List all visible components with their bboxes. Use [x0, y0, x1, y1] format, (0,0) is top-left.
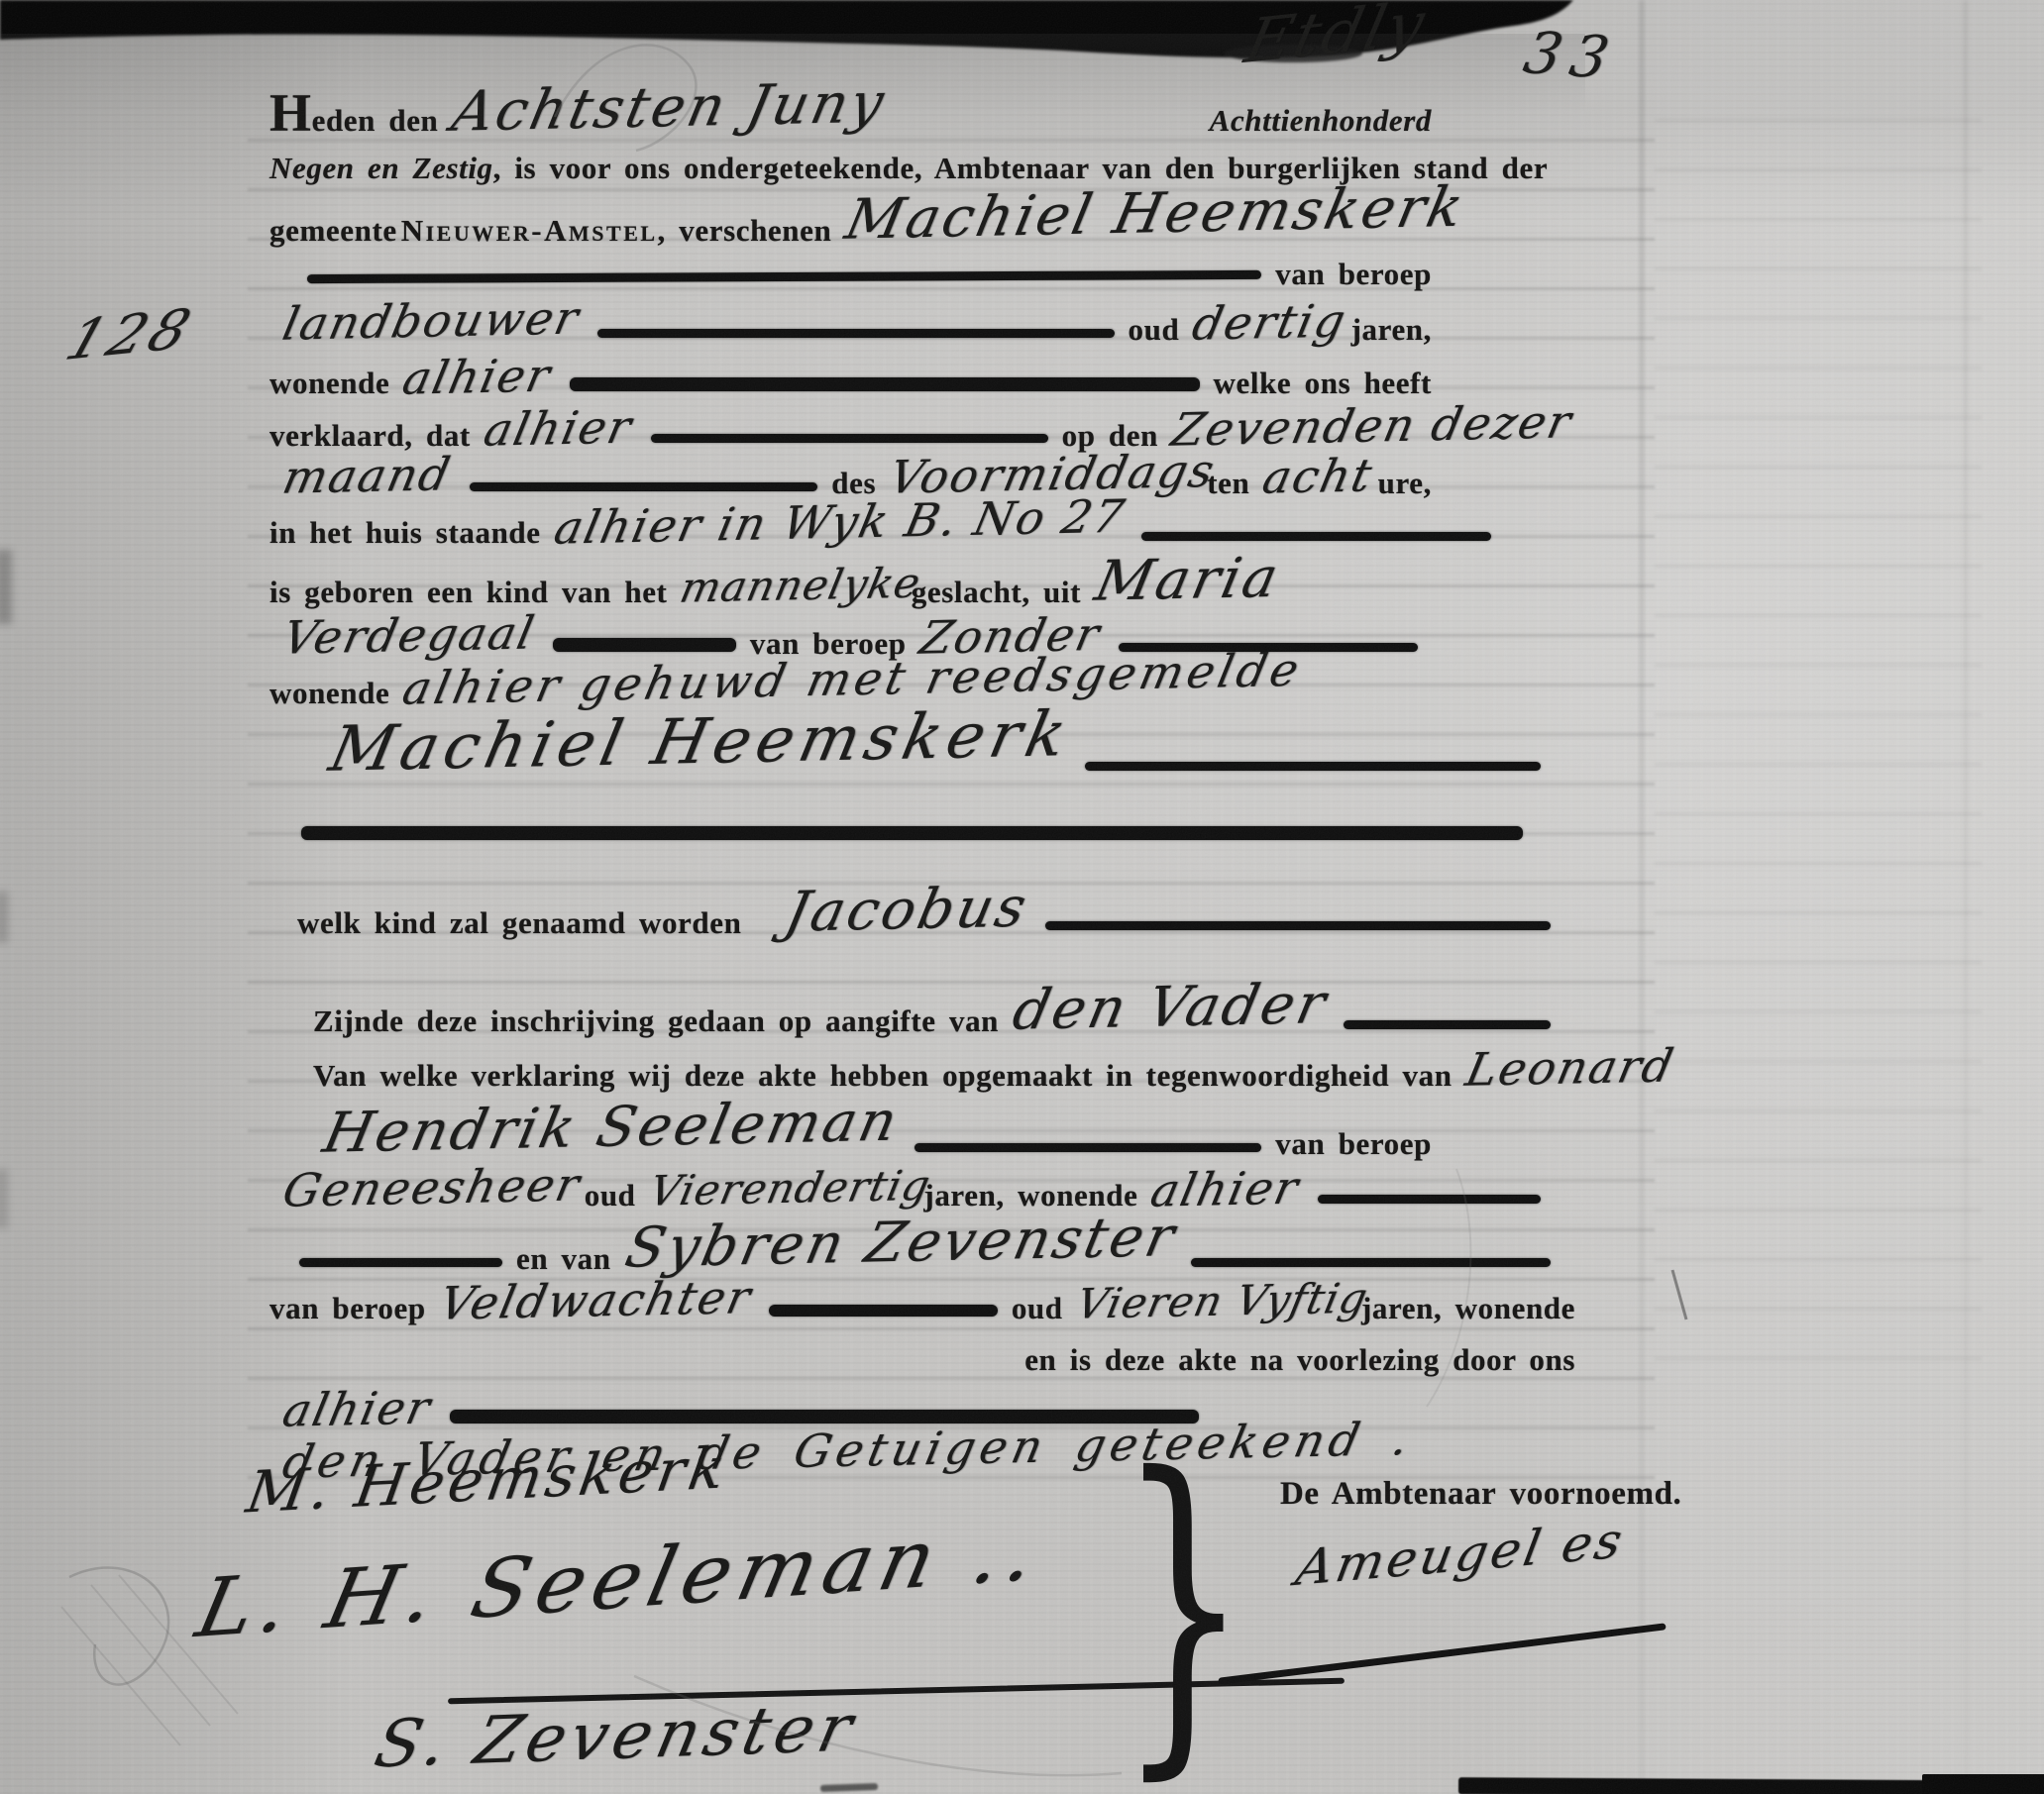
edge-smudge [0, 892, 8, 943]
form-line-van-beroep: van beroep [269, 259, 1432, 290]
printed-geslacht-uit: geslacht, uit [912, 577, 1081, 608]
filled-blank-rule [553, 638, 736, 652]
entry-maand: maand [269, 453, 465, 498]
printed-jaren-wonende-witness2: jaren, wonende [1361, 1293, 1575, 1324]
form-line-declaration-place-day: verklaard, dat alhier op den Zevenden de… [269, 409, 1432, 451]
entry-year-words: Negen en Zestig [269, 153, 493, 184]
archivist-initials: Etdly [1231, 0, 1442, 70]
page-number: 33 [1510, 26, 1633, 86]
signature-witness1: L. H. Seeleman .. [188, 1505, 1050, 1656]
printed-ure: ure, [1378, 468, 1432, 499]
filled-blank-rule [1085, 762, 1541, 771]
entry-declarant-age: dertig [1179, 300, 1360, 346]
printed-oud: oud [1129, 314, 1180, 346]
printed-wonende: wonende [269, 368, 389, 399]
form-line-witness-intro: Van welke verklaring wij deze akte hebbe… [269, 1049, 1432, 1091]
filled-blank-rule [1191, 1258, 1551, 1267]
section-divider-rule [301, 826, 1523, 840]
form-line-residence: wonende alhier welke ons heeft [269, 358, 1432, 399]
entry-mother-last-name: Verdegaal [269, 612, 549, 660]
filled-blank-rule [470, 482, 818, 491]
printed-oud-witness1: oud [585, 1180, 636, 1212]
form-line-spouse-name: Machiel Heemskerk [269, 721, 1432, 779]
entry-birth-place: alhier [471, 405, 646, 451]
scanned-birth-certificate: Etdly 33 128 Heden den Achtsten Juny Ach… [0, 0, 2044, 1794]
printed-welke-ons-heeft: welke ons heeft [1214, 368, 1432, 399]
filled-blank-rule [1318, 1195, 1541, 1204]
entry-declarant-occupation: landbouwer [269, 297, 593, 346]
printed-verschenen: , verschenen [658, 215, 832, 247]
entry-declarant-name: Machiel Heemskerk [831, 182, 1479, 247]
form-line-witness1-name: Hendrik Seeleman van beroep [269, 1108, 1432, 1160]
signature-witness2: S. Zevenster [369, 1690, 864, 1783]
form-line-child-gender-mother: is geboren een kind van het mannelyke ge… [269, 557, 1432, 608]
printed-jaren: jaren, [1351, 314, 1432, 346]
filled-blank-rule [1141, 532, 1491, 541]
form-line-house-address: in het huis staande alhier in Wyk B. No … [269, 507, 1432, 549]
filled-blank-rule [1344, 1020, 1551, 1029]
certificate-body: Heden den Achtsten Juny Achttienhonderd … [269, 87, 1432, 1483]
printed-in-het-huis: in het huis staande [269, 517, 541, 549]
entry-date-day-month: Achtsten Juny [438, 78, 901, 139]
form-line-child-name: welk kind zal genaamd worden Jacobus [269, 888, 1432, 939]
signature-official-flourish [1218, 1623, 1666, 1684]
printed-welk-kind: welk kind zal genaamd worden [297, 907, 741, 939]
entry-witness1-age: Vierendertig [636, 1167, 943, 1212]
filled-blank-rule [307, 270, 1261, 283]
filled-blank-rule [597, 329, 1115, 338]
form-divider [269, 826, 1432, 848]
printed-heden-den: Heden den [269, 92, 438, 137]
entry-declarant-residence: alhier [389, 354, 565, 399]
printed-gemeente: gemeente [269, 215, 397, 247]
filled-blank-rule [651, 434, 1048, 443]
form-line-occupation-age: landbouwer oud dertig jaren, [269, 303, 1432, 345]
entry-witness2-name: Sybren Zevenster [611, 1212, 1191, 1274]
form-line-witness2-name: en van Sybren Zevenster [269, 1223, 1432, 1275]
entry-witness2-residence: alhier [269, 1386, 445, 1431]
entry-witness1-name: Hendrik Seeleman [309, 1097, 914, 1160]
curly-brace: } [1118, 1434, 1249, 1780]
edge-smudge [0, 550, 12, 624]
printed-en-van: en van [516, 1243, 611, 1275]
entry-mother-first-name: Maria [1081, 553, 1295, 608]
scan-top-edge-artifact [0, 0, 2044, 89]
form-line-witness2-details: van beroep Veldwachter oud Vieren Vyftig… [269, 1283, 1432, 1324]
filled-blank-rule [914, 1143, 1262, 1152]
printed-van-welke-verklaring: Van welke verklaring wij deze akte hebbe… [313, 1060, 1452, 1092]
entry-witness2-occupation: Veldwachter [426, 1276, 766, 1324]
filled-blank-rule [570, 377, 1200, 391]
ruled-lines-bleedthrough-margin [1655, 119, 1982, 1407]
printed-oud-witness2: oud [1012, 1293, 1063, 1324]
filled-blank-rule [769, 1305, 998, 1317]
bottom-ink-mark [820, 1783, 878, 1792]
filled-blank-rule [299, 1258, 502, 1267]
printed-van-beroep-witness2: van beroep [269, 1293, 426, 1324]
act-number-margin: 128 [50, 303, 210, 369]
paper-fold-line [1640, 0, 1644, 1794]
entry-birth-day: Zevenden dezer [1158, 400, 1586, 451]
entry-spouse-name: Machiel Heemskerk [315, 705, 1087, 779]
form-line-date: Heden den Achtsten Juny Achttienhonderd [269, 87, 1432, 139]
signature-official: Ameugel es [1292, 1512, 1630, 1597]
municipality-name: Nieuwer-Amstel [401, 215, 658, 247]
edge-smudge [0, 1169, 8, 1228]
form-line-month-time: maand des Voormiddags ten acht ure, [269, 457, 1432, 498]
printed-achttienhonderd: Achttienhonderd [1210, 105, 1432, 137]
paper-fold-line-outer [1964, 0, 1967, 1794]
entry-witness2-age: Vieren Vyftig [1063, 1280, 1381, 1324]
printed-zijnde-aangifte: Zijnde deze inschrijving gedaan op aangi… [313, 1005, 999, 1037]
printed-verklaard-dat: verklaard, dat [269, 420, 471, 452]
scan-bottom-corner-artifact [1922, 1774, 2044, 1794]
printed-van-beroep: van beroep [1275, 259, 1432, 290]
printed-wonende-mother: wonende [269, 678, 389, 709]
printed-is-geboren: is geboren een kind van het [269, 577, 667, 608]
form-line-witness1-details: Geneesheer oud Vierendertig jaren, wonen… [269, 1170, 1432, 1212]
printed-van-beroep-witness1: van beroep [1275, 1128, 1432, 1160]
official-heading: De Ambtenaar voornoemd. [1280, 1478, 1681, 1512]
form-line-municipality-declarant: gemeente Nieuwer-Amstel , verschenen Mac… [269, 195, 1432, 247]
entry-registered-by: den Vader [999, 979, 1343, 1037]
entry-house-address: alhier in Wyk B. No 27 [541, 494, 1139, 549]
entry-witness1-first-name: Leonard [1452, 1044, 1688, 1091]
entry-witness1-occupation: Geneesheer [269, 1163, 594, 1212]
entry-gender: mannelyke [667, 564, 934, 607]
entry-hour: acht [1249, 454, 1387, 498]
form-line-voorlezing: en is deze akte na voorlezing door ons [269, 1344, 1432, 1376]
printed-voorlezing-clause: en is deze akte na voorlezing door ons [1024, 1344, 1575, 1376]
filled-blank-rule [1045, 921, 1551, 930]
form-line-registration-by: Zijnde deze inschrijving gedaan op aangi… [269, 986, 1432, 1037]
entry-child-name: Jacobus [771, 882, 1043, 938]
